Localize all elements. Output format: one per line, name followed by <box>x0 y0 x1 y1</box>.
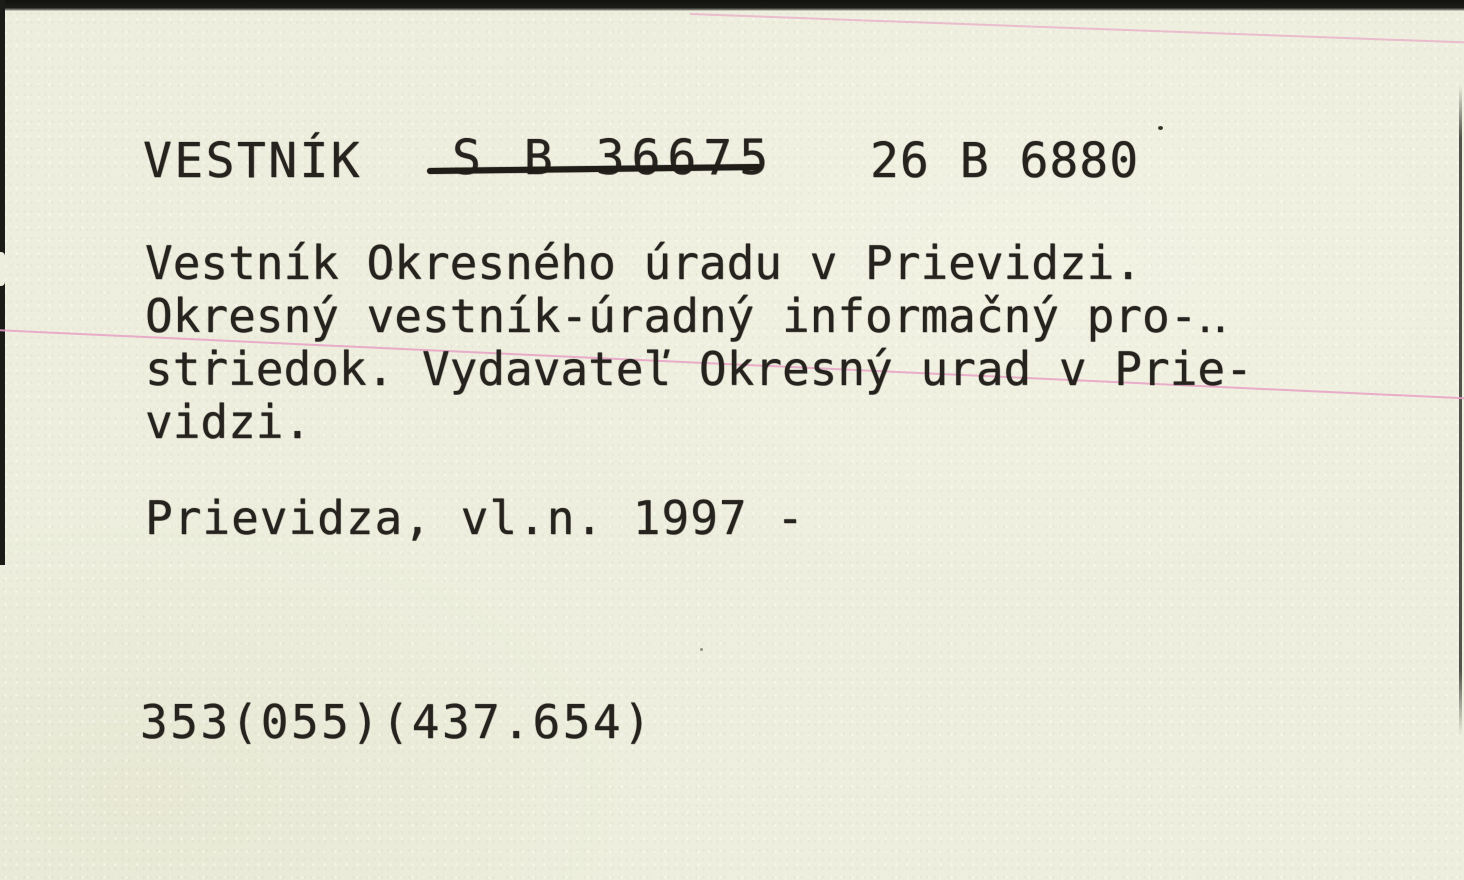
imprint-line: Prievidza, vl.n. 1997 - <box>145 492 805 545</box>
body-line: Okresný vestník-úradný informačný pro-‥ <box>145 290 1228 343</box>
accession-number: 26 B 6880 <box>870 137 1139 185</box>
scan-edge-left-notch <box>0 252 5 286</box>
body-line: Vestník Okresného úradu v Prievidzi. <box>145 237 1142 290</box>
catalog-card: VESTNÍK S B 36675 26 B 6880 Vestník Okre… <box>0 0 1464 880</box>
body-line: stṙiedok. Vydavateľ Okresný urad v Prie- <box>145 343 1253 396</box>
body-line: vidzi. <box>145 396 311 449</box>
udc-number: 353(055)(437.654) <box>140 696 653 749</box>
ink-speck <box>700 648 703 651</box>
ink-speck <box>1158 126 1163 130</box>
scan-edge-top <box>0 0 1464 11</box>
ruled-line-top <box>690 13 1464 44</box>
scan-edge-right <box>1459 85 1462 735</box>
cancelled-call-number: S B 36675 <box>452 134 775 182</box>
card-title: VESTNÍK <box>143 137 362 185</box>
